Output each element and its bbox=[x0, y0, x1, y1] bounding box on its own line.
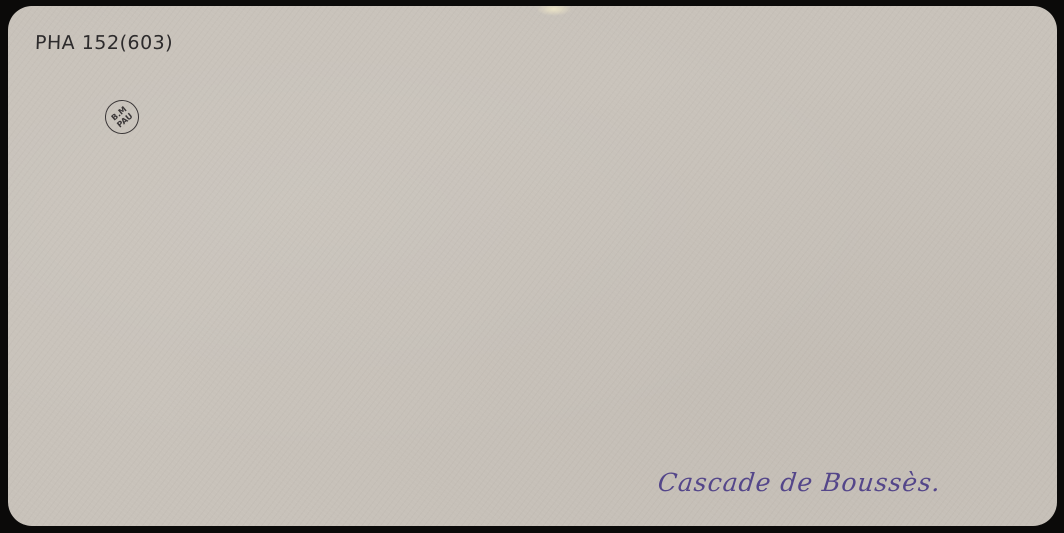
handwritten-caption: Cascade de Boussès. bbox=[656, 468, 942, 497]
stereoview-card-back: PHA 152(603) B.M PAU Cascade de Boussès. bbox=[8, 6, 1057, 526]
shelfmark-label: PHA 152(603) bbox=[35, 32, 174, 54]
light-glare bbox=[536, 6, 572, 16]
library-stamp-icon: B.M PAU bbox=[98, 93, 146, 141]
